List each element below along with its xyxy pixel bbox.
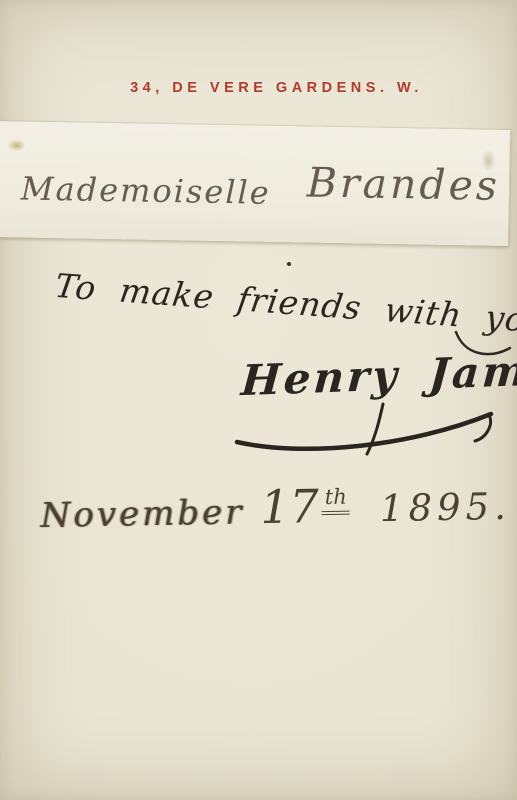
date-ordinal: th	[322, 485, 350, 515]
date-month: November	[40, 492, 245, 536]
recipient-title: Mademoiselle	[20, 169, 271, 211]
foxing-stain	[7, 139, 25, 151]
signature-underline-flourish	[233, 402, 505, 458]
date-year: 1895.	[380, 485, 512, 530]
recipient-slip: MademoiselleBrandes	[0, 121, 511, 246]
date-day: 17	[260, 479, 319, 534]
dedication-line: To make friends with you	[52, 266, 517, 341]
dateline: November17th1895.	[40, 476, 511, 538]
ink-dot	[287, 262, 291, 266]
recipient-name-line: MademoiselleBrandes	[20, 161, 500, 217]
recipient-surname: Brandes	[306, 158, 500, 209]
letterhead-address: 34, DE VERE GARDENS. W.	[0, 80, 517, 96]
letter-photo: 34, DE VERE GARDENS. W. MademoiselleBran…	[0, 0, 517, 800]
signature: Henry James	[240, 344, 517, 405]
